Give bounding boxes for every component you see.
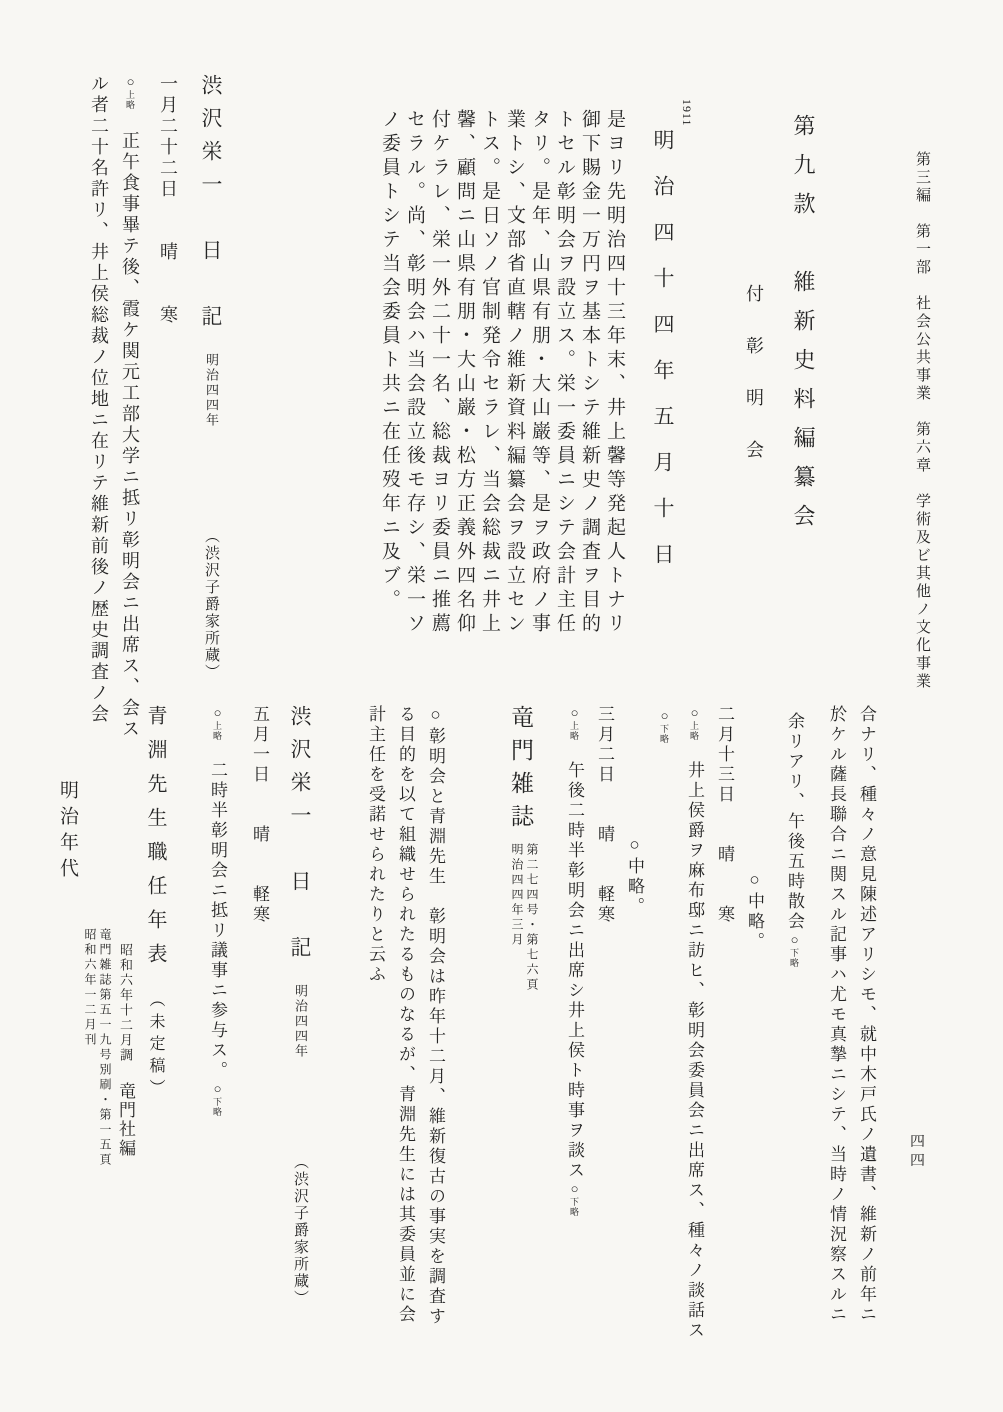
ellipsis-circle: ○ bbox=[567, 705, 582, 721]
top-text-block: 第三編 第一部 社会公共事業 第六章 学術及ビ其他ノ文化事業第九款 維新史料編纂… bbox=[83, 74, 937, 719]
diary-text: 二時半彰明会ニ抵リ議事ニ参与ス。 bbox=[208, 741, 227, 1081]
omission-marker: 下略 bbox=[659, 724, 669, 744]
source-heading-diary: 渋沢栄一 日 記 明治四四年（渋沢子爵家所蔵） bbox=[193, 74, 229, 719]
article-text: る目的を以て組織せられたるものなるが、青淵先生には其委員並に会 bbox=[396, 705, 415, 1325]
ellipsis-circle: ○ bbox=[567, 1181, 582, 1197]
citation-line: 昭和六年一二月刊 bbox=[82, 928, 97, 1168]
body-line: ノ委員トシテ当会委員ト共ニ在任歿年ニ及ブ。 bbox=[377, 74, 402, 719]
article-line: る目的を以て組織せられたるものなるが、青淵先生には其委員並に会 bbox=[390, 700, 420, 1350]
era-date-text: 明治四十四年五月十日 bbox=[651, 129, 675, 589]
omission-marker: 上略 bbox=[125, 90, 135, 110]
source-heading-yearTable: 青淵先生職任年表 （未定稿） bbox=[138, 700, 172, 1350]
era-date-heading: 明治四十四年五月十日 bbox=[647, 74, 679, 719]
diary-text: 合ナリ、種々ノ意見陳述アリシモ、就中木戸氏ノ遺書、維新ノ前年ニ bbox=[857, 705, 876, 1325]
diary-date: 五月一日 晴 軽寒 bbox=[244, 700, 274, 1350]
body-line: 業トシ、文部省直轄ノ維新資料編纂会ヲ設立セン bbox=[502, 74, 527, 719]
body-line: トス。是日ソノ官制発令セラレ、当会総裁ニ井上 bbox=[477, 74, 502, 719]
diary-entry-line: 合ナリ、種々ノ意見陳述アリシモ、就中木戸氏ノ遺書、維新ノ前年ニ bbox=[851, 700, 881, 1350]
body-text: 付ケラレ、栄一外二十一名、総裁ヨリ委員ニ推薦 bbox=[429, 109, 450, 637]
chapter-header-text: 第三編 第一部 社会公共事業 第六章 学術及ビ其他ノ文化事業 bbox=[914, 151, 930, 691]
body-text: セラル。尚、彰明会ハ当会設立後モ存シ、栄一ソ bbox=[404, 109, 425, 637]
western-year: 1911 bbox=[679, 74, 695, 719]
diary-date: 三月二日 晴 軽寒 bbox=[589, 700, 619, 1350]
diary-date-text: 一月二十二日 晴 寒 bbox=[158, 74, 178, 326]
ellipsis-circle: ○ bbox=[210, 705, 225, 721]
article-text: ○彰明会と青淵先生 彰明会は昨年十二月、維新復古の事実を調査す bbox=[426, 705, 445, 1327]
body-text: 御下賜金一万円ヲ基本トシテ維新史ノ調査ヲ目的 bbox=[579, 109, 600, 637]
diary-entry-line: 於ケル薩長聯合ニ関スル記事ハ尤モ真摯ニシテ、当時ノ情況察スルニ bbox=[821, 700, 851, 1350]
issue-citation: 第二七四号・第七六頁明治四四年三月 bbox=[509, 843, 539, 993]
diary-entry-line: ○上略 正午食事畢テ後、霞ケ関元工部大学ニ抵リ彰明会ニ出席ス、会ス bbox=[114, 74, 146, 719]
omission-text: ○中略。 bbox=[625, 835, 644, 917]
ellipsis-circle: ○ bbox=[210, 1081, 225, 1097]
omission-text: ○中略。 bbox=[745, 870, 764, 952]
citation-line: 竜門雑誌第五一九号別刷・第一五頁 bbox=[97, 928, 112, 1168]
diary-text: 井上侯爵ヲ麻布邸ニ訪ヒ、彰明会委員会ニ出席ス、種々ノ談話ス bbox=[685, 741, 704, 1341]
body-text: トセル彰明会ヲ設立ス。栄一委員ニシテ会計主任 bbox=[554, 109, 575, 637]
source-title-text: 竜門雑誌 bbox=[508, 705, 533, 837]
source-status-text: （未定稿） bbox=[147, 977, 164, 1101]
body-text: タリ。是年、山県有朋・大山巌等、是ヲ政府ノ事 bbox=[529, 109, 550, 637]
omission-marker: 上略 bbox=[689, 721, 699, 741]
edition-chapter-header: 第三編 第一部 社会公共事業 第六章 学術及ビ其他ノ文化事業 bbox=[907, 74, 937, 719]
diary-text: 余リアリ、午後五時散会 bbox=[785, 712, 804, 932]
ellipsis-circle: ○ bbox=[787, 932, 802, 948]
body-text: 馨、顧問ニ山県有朋・大山巌・松方正義外四名仰 bbox=[454, 109, 475, 637]
body-line: トセル彰明会ヲ設立ス。栄一委員ニシテ会計主任 bbox=[552, 74, 577, 719]
source-owner-text: （渋沢子爵家所蔵） bbox=[203, 528, 219, 681]
diary-text: 正午食事畢テ後、霞ケ関元工部大学ニ抵リ彰明会ニ出席ス、会ス bbox=[120, 110, 140, 740]
section-number-title: 第九款 維新史料編纂会 bbox=[785, 74, 821, 719]
body-line: 馨、顧問ニ山県有朋・大山巌・松方正義外四名仰 bbox=[452, 74, 477, 719]
omission-marker: 下略 bbox=[212, 1097, 222, 1117]
bottom-text-block: 合ナリ、種々ノ意見陳述アリシモ、就中木戸氏ノ遺書、維新ノ前年ニ於ケル薩長聯合ニ関… bbox=[52, 700, 881, 1350]
diary-text: ル者二十名許リ、井上侯総裁ノ位地ニ在リテ維新前後ノ歴史調査ノ会 bbox=[89, 74, 109, 725]
body-text: 是ヨリ先明治四十三年末、井上馨等発起人トナリ bbox=[604, 109, 625, 637]
citation-date-text: 昭和六年十二月調 bbox=[118, 943, 133, 1063]
body-line: タリ。是年、山県有朋・大山巌等、是ヲ政府ノ事 bbox=[527, 74, 552, 719]
body-line: 御下賜金一万円ヲ基本トシテ維新史ノ調査ヲ目的 bbox=[577, 74, 602, 719]
source-title-text: 青淵先生職任年表 bbox=[144, 705, 166, 977]
body-text: トス。是日ソノ官制発令セラレ、当会総裁ニ井上 bbox=[479, 109, 500, 637]
body-line: 是ヨリ先明治四十三年末、井上馨等発起人トナリ bbox=[602, 74, 627, 719]
ellipsis-circle: ○ bbox=[657, 708, 672, 724]
body-line: セラル。尚、彰明会ハ当会設立後モ存シ、栄一ソ bbox=[402, 74, 427, 719]
diary-entry-line: ○上略 井上侯爵ヲ麻布邸ニ訪ヒ、彰明会委員会ニ出席ス、種々ノ談話ス bbox=[679, 700, 709, 1350]
citation-editor-text: 竜門社編 bbox=[116, 1063, 135, 1158]
body-line: 付ケラレ、栄一外二十一名、総裁ヨリ委員ニ推薦 bbox=[427, 74, 452, 719]
source-heading-magazine: 竜門雑誌第二七四号・第七六頁明治四四年三月 bbox=[502, 700, 539, 1350]
body-text: ノ委員トシテ当会委員ト共ニ在任歿年ニ及ブ。 bbox=[379, 109, 400, 613]
section-title-text: 第九款 維新史料編纂会 bbox=[791, 114, 816, 543]
omission-marker: 上略 bbox=[212, 721, 222, 741]
page-number: 四四 bbox=[906, 1133, 927, 1171]
ellipsis-marker: ○下略 bbox=[649, 700, 679, 1350]
source-citation: 昭和六年十二月調 竜門社編 bbox=[112, 700, 138, 1350]
citation-line: 第二七四号・第七六頁 bbox=[524, 843, 539, 993]
diary-text: 午後二時半彰明会ニ出席シ井上侯ト時事ヲ談ス bbox=[565, 741, 584, 1181]
diary-text: 於ケル薩長聯合ニ関スル記事ハ尤モ真摯ニシテ、当時ノ情況察スルニ bbox=[827, 705, 846, 1325]
diary-date-text: 五月一日 晴 軽寒 bbox=[250, 705, 269, 925]
article-line: 計主任を受諾せられたりと云ふ bbox=[360, 700, 390, 1350]
scanned-document-page: 第三編 第一部 社会公共事業 第六章 学術及ビ其他ノ文化事業第九款 維新史料編纂… bbox=[0, 0, 1003, 1412]
diary-entry-line: ル者二十名許リ、井上侯総裁ノ位地ニ在リテ維新前後ノ歴史調査ノ会 bbox=[83, 74, 114, 719]
source-title-text: 渋沢栄一 日 記 bbox=[288, 705, 312, 969]
omission-marker: 下略 bbox=[569, 1197, 579, 1217]
article-line: ○彰明会と青淵先生 彰明会は昨年十二月、維新復古の事実を調査す bbox=[420, 700, 450, 1350]
body-text: 業トシ、文部省直轄ノ維新資料編纂会ヲ設立セン bbox=[504, 109, 525, 637]
source-heading-diary: 渋沢栄一 日 記 明治四四年（渋沢子爵家所蔵） bbox=[282, 700, 318, 1350]
diary-entry-line: ○上略 午後二時半彰明会ニ出席シ井上侯ト時事ヲ談ス○下略 bbox=[559, 700, 589, 1350]
section-subtitle-text: 付 彰 明 会 bbox=[744, 284, 764, 466]
omission-marker: 上略 bbox=[569, 721, 579, 741]
source-owner-text: （渋沢子爵家所蔵） bbox=[292, 1154, 308, 1307]
omission-marker: 下略 bbox=[789, 948, 799, 968]
era-label-text: 明治年代 bbox=[57, 780, 78, 884]
ellipsis-circle: ○ bbox=[687, 705, 702, 721]
article-text: 計主任を受諾せられたりと云ふ bbox=[366, 705, 385, 985]
source-citation: 竜門雑誌第五一九号別刷・第一五頁昭和六年一二月刊 bbox=[82, 700, 112, 1350]
source-year-text: 明治四四年 bbox=[204, 338, 219, 428]
issue-citation: 竜門雑誌第五一九号別刷・第一五頁昭和六年一二月刊 bbox=[82, 928, 112, 1168]
ellipsis-circle: ○ bbox=[123, 74, 138, 90]
diary-date: 一月二十二日 晴 寒 bbox=[152, 74, 183, 719]
year-western-text: 1911 bbox=[680, 99, 694, 127]
ellipsis-marker: ○中略。 bbox=[619, 700, 649, 1350]
era-label: 明治年代 bbox=[52, 700, 82, 1350]
diary-date-text: 三月二日 晴 軽寒 bbox=[595, 705, 614, 925]
ellipsis-marker: ○中略。 bbox=[739, 700, 769, 1350]
diary-entry-line: 余リアリ、午後五時散会○下略 bbox=[779, 700, 809, 1350]
citation-line: 明治四四年三月 bbox=[509, 843, 524, 993]
source-year-text: 明治四四年 bbox=[293, 969, 308, 1059]
source-title-text: 渋沢栄一 日 記 bbox=[199, 74, 223, 338]
diary-entry-line: ○上略 二時半彰明会ニ抵リ議事ニ参与ス。○下略 bbox=[202, 700, 232, 1350]
diary-date: 二月十三日 晴 寒 bbox=[709, 700, 739, 1350]
section-subtitle: 付 彰 明 会 bbox=[739, 74, 769, 719]
diary-date-text: 二月十三日 晴 寒 bbox=[715, 705, 734, 925]
